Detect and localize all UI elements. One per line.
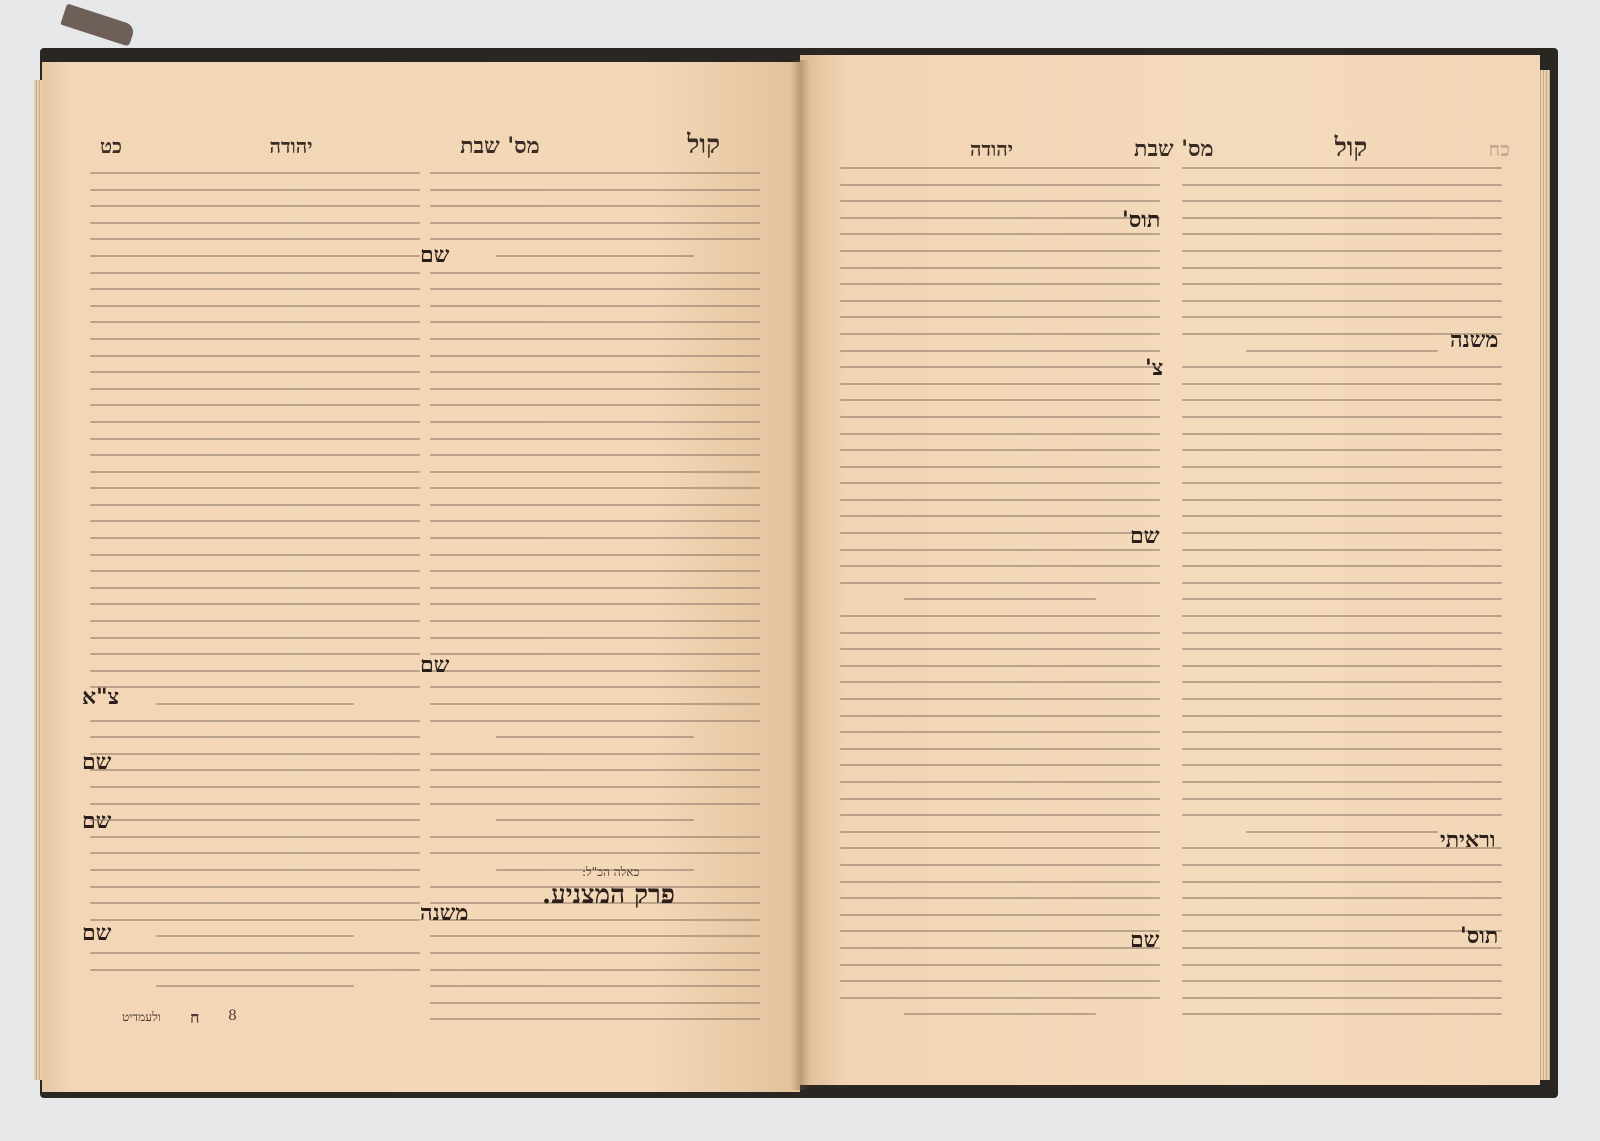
torn-bookmark-tab (60, 3, 135, 46)
header-tractate: מס' שבת (460, 133, 540, 159)
left-page-column-outer (90, 172, 420, 1002)
marginal-keyword: שם (1130, 927, 1159, 953)
page-number: כח (1488, 137, 1510, 162)
marginal-keyword: שם (420, 242, 449, 268)
footer-signature-word: ולעמדיט (122, 1010, 161, 1025)
chapter-preceding-line: כאלה הכ"ל: (582, 865, 639, 880)
right-page: כח קול מס' שבת יהודה משנה וראיתי תוס' תו… (800, 55, 1540, 1085)
marginal-keyword: צ' (1145, 355, 1163, 381)
marginal-keyword: שם (420, 652, 449, 678)
header-kol: קול (687, 130, 720, 160)
left-page-header: קול מס' שבת יהודה כט (100, 130, 720, 160)
right-page-column-inner (840, 167, 1160, 1030)
right-page-column-outer (1182, 167, 1502, 1030)
right-page-header: כח קול מס' שבת יהודה (850, 133, 1510, 163)
book-gutter (790, 60, 810, 1090)
header-yehuda: יהודה (270, 134, 313, 159)
marginal-keyword: וראיתי (1440, 827, 1496, 853)
header-tractate: מס' שבת (1134, 136, 1214, 162)
marginal-keyword: משנה (1450, 327, 1498, 353)
page-number: כט (100, 134, 122, 159)
marginal-keyword: שם (1130, 523, 1159, 549)
marginal-keyword: תוס' (1460, 923, 1498, 949)
header-kol: קול (1335, 133, 1368, 163)
marginal-keyword: משנה (420, 900, 468, 926)
footer-hebrew-signature: ח (190, 1008, 199, 1028)
header-yehuda: יהודה (970, 137, 1013, 162)
marginal-keyword: תוס' (1122, 207, 1160, 233)
left-page: קול מס' שבת יהודה כט צ"א שם שם שם שם שם … (42, 62, 800, 1092)
chapter-title: פרק המצניע. (542, 880, 675, 910)
footer-arabic-signature: 8 (228, 1008, 237, 1024)
